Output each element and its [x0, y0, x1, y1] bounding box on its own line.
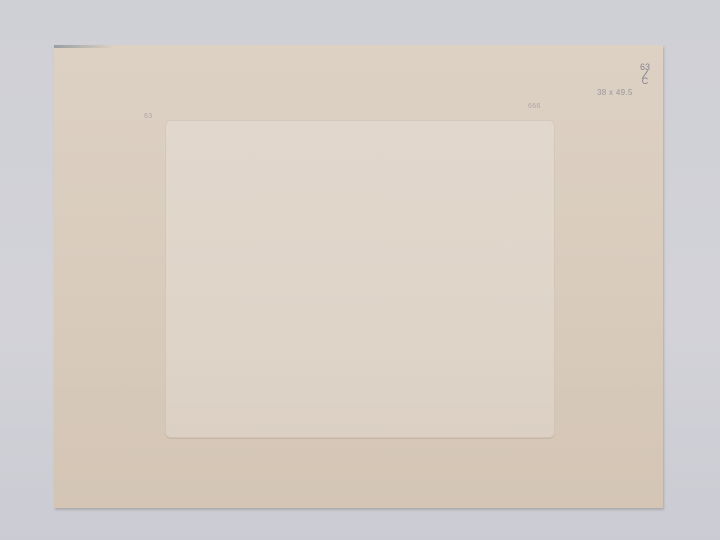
pencil-fraction: 63 C [634, 62, 656, 87]
pencil-mark-right: 666 [528, 103, 541, 110]
plate-mark-area [165, 120, 555, 438]
fraction-numerator: 63 [640, 62, 650, 72]
paper-sheet: 63 666 63 C 38 x 49.5 [54, 45, 663, 508]
edge-stain [54, 45, 114, 48]
pencil-mark-left: 63 [144, 113, 152, 120]
pencil-dimensions: 38 x 49.5 [597, 88, 633, 97]
